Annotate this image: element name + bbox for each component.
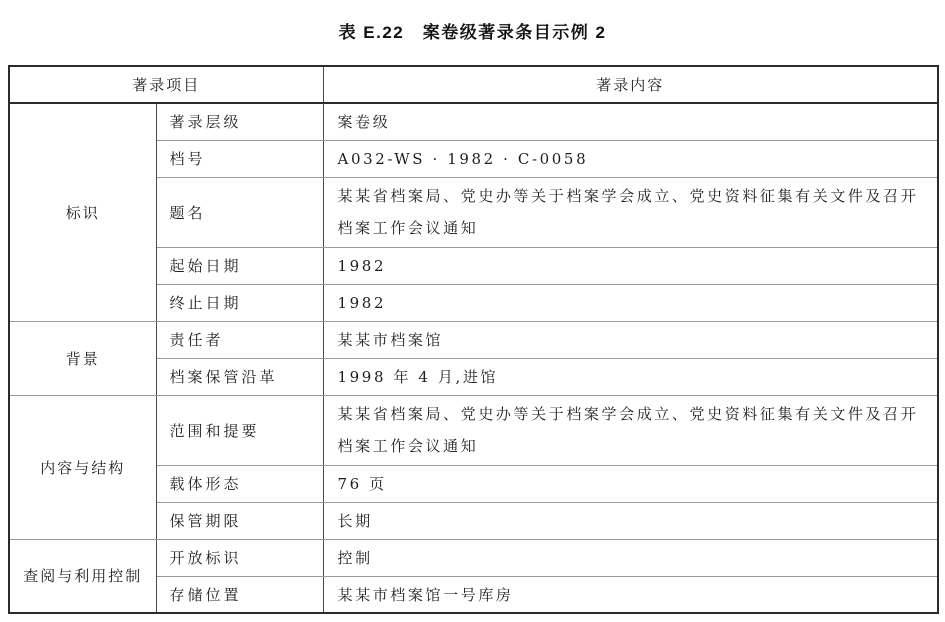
- content-value-storage-location: 某某市档案馆一号库房: [323, 576, 938, 613]
- item-label-title: 题名: [156, 177, 323, 247]
- description-entry-table: 著录项目 著录内容 标识 著录层级 案卷级 档号 A032-WS · 1982 …: [8, 65, 939, 614]
- content-value-physical-form: 76 页: [323, 465, 938, 502]
- table-row: 查阅与利用控制 开放标识 控制: [9, 539, 938, 576]
- item-label-open-flag: 开放标识: [156, 539, 323, 576]
- content-value-end-date: 1982: [323, 284, 938, 321]
- content-value-start-date: 1982: [323, 247, 938, 284]
- content-value-title: 某某省档案局、党史办等关于档案学会成立、党史资料征集有关文件及召开档案工作会议通…: [323, 177, 938, 247]
- content-value-description-level: 案卷级: [323, 103, 938, 140]
- item-label-start-date: 起始日期: [156, 247, 323, 284]
- group-cell-content-structure: 内容与结构: [9, 395, 156, 539]
- content-value-archive-number: A032-WS · 1982 · C-0058: [323, 140, 938, 177]
- group-cell-access-control: 查阅与利用控制: [9, 539, 156, 613]
- content-value-responsible-party: 某某市档案馆: [323, 321, 938, 358]
- content-value-open-flag: 控制: [323, 539, 938, 576]
- group-cell-identification: 标识: [9, 103, 156, 321]
- table-row: 内容与结构 范围和提要 某某省档案局、党史办等关于档案学会成立、党史资料征集有关…: [9, 395, 938, 465]
- table-row: 标识 著录层级 案卷级: [9, 103, 938, 140]
- group-cell-background: 背景: [9, 321, 156, 395]
- content-value-retention-period: 长期: [323, 502, 938, 539]
- table-caption: 表 E.22 案卷级著录条目示例 2: [0, 18, 945, 43]
- header-description-content: 著录内容: [323, 66, 938, 103]
- table-header-row: 著录项目 著录内容: [9, 66, 938, 103]
- item-label-archive-number: 档号: [156, 140, 323, 177]
- item-label-custody-history: 档案保管沿革: [156, 358, 323, 395]
- item-label-responsible-party: 责任者: [156, 321, 323, 358]
- item-label-description-level: 著录层级: [156, 103, 323, 140]
- item-label-storage-location: 存储位置: [156, 576, 323, 613]
- item-label-retention-period: 保管期限: [156, 502, 323, 539]
- content-value-custody-history: 1998 年 4 月,进馆: [323, 358, 938, 395]
- table-row: 背景 责任者 某某市档案馆: [9, 321, 938, 358]
- content-value-scope-abstract: 某某省档案局、党史办等关于档案学会成立、党史资料征集有关文件及召开档案工作会议通…: [323, 395, 938, 465]
- item-label-scope-abstract: 范围和提要: [156, 395, 323, 465]
- item-label-physical-form: 载体形态: [156, 465, 323, 502]
- header-description-items: 著录项目: [9, 66, 323, 103]
- item-label-end-date: 终止日期: [156, 284, 323, 321]
